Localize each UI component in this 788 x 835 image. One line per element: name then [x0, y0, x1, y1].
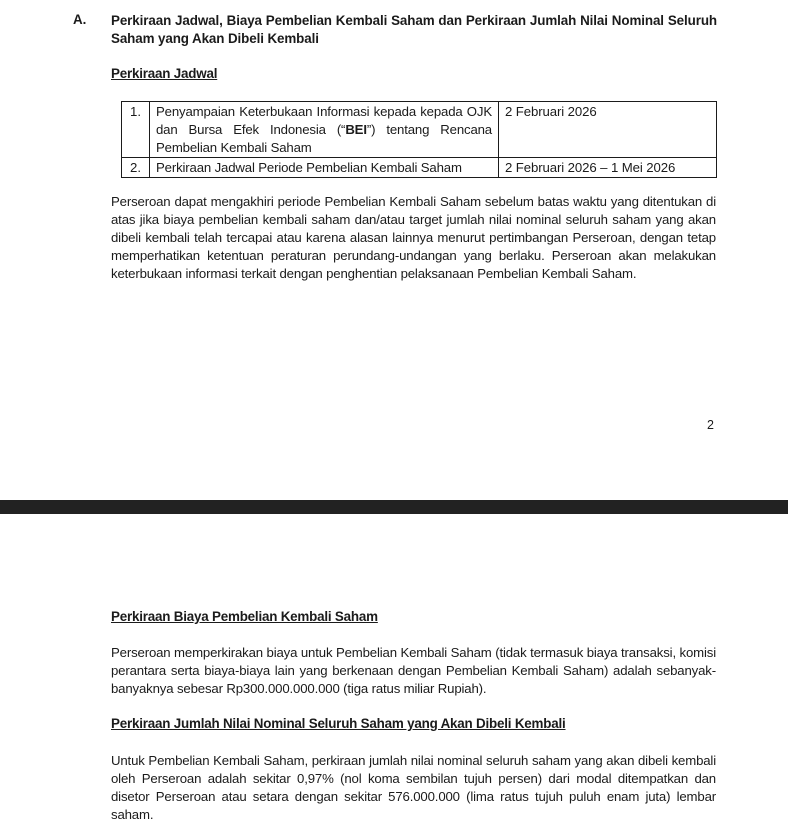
page-number: 2 [707, 418, 714, 432]
description-bold-term: BEI [345, 122, 367, 137]
schedule-heading: Perkiraan Jadwal [111, 66, 217, 81]
section-title: Perkiraan Jadwal, Biaya Pembelian Kembal… [111, 12, 717, 48]
section-letter: A. [73, 12, 86, 27]
table-row: 2. Perkiraan Jadwal Periode Pembelian Ke… [122, 158, 717, 178]
page-separator [0, 500, 788, 514]
document-page-2: Perkiraan Biaya Pembelian Kembali Saham … [0, 514, 788, 835]
schedule-paragraph: Perseroan dapat mengakhiri periode Pembe… [111, 193, 716, 283]
nominal-heading: Perkiraan Jumlah Nilai Nominal Seluruh S… [111, 716, 566, 731]
nominal-paragraph: Untuk Pembelian Kembali Saham, perkiraan… [111, 752, 716, 824]
row-date: 2 Februari 2026 [499, 102, 717, 158]
schedule-table: 1. Penyampaian Keterbukaan Informasi kep… [121, 101, 717, 178]
cost-paragraph: Perseroan memperkirakan biaya untuk Pemb… [111, 644, 716, 698]
row-number: 1. [122, 102, 150, 158]
table-row: 1. Penyampaian Keterbukaan Informasi kep… [122, 102, 717, 158]
cost-heading: Perkiraan Biaya Pembelian Kembali Saham [111, 609, 378, 624]
row-date: 2 Februari 2026 – 1 Mei 2026 [499, 158, 717, 178]
row-description: Penyampaian Keterbukaan Informasi kepada… [150, 102, 499, 158]
row-number: 2. [122, 158, 150, 178]
row-description: Perkiraan Jadwal Periode Pembelian Kemba… [150, 158, 499, 178]
document-page-1: A. Perkiraan Jadwal, Biaya Pembelian Kem… [0, 0, 788, 500]
